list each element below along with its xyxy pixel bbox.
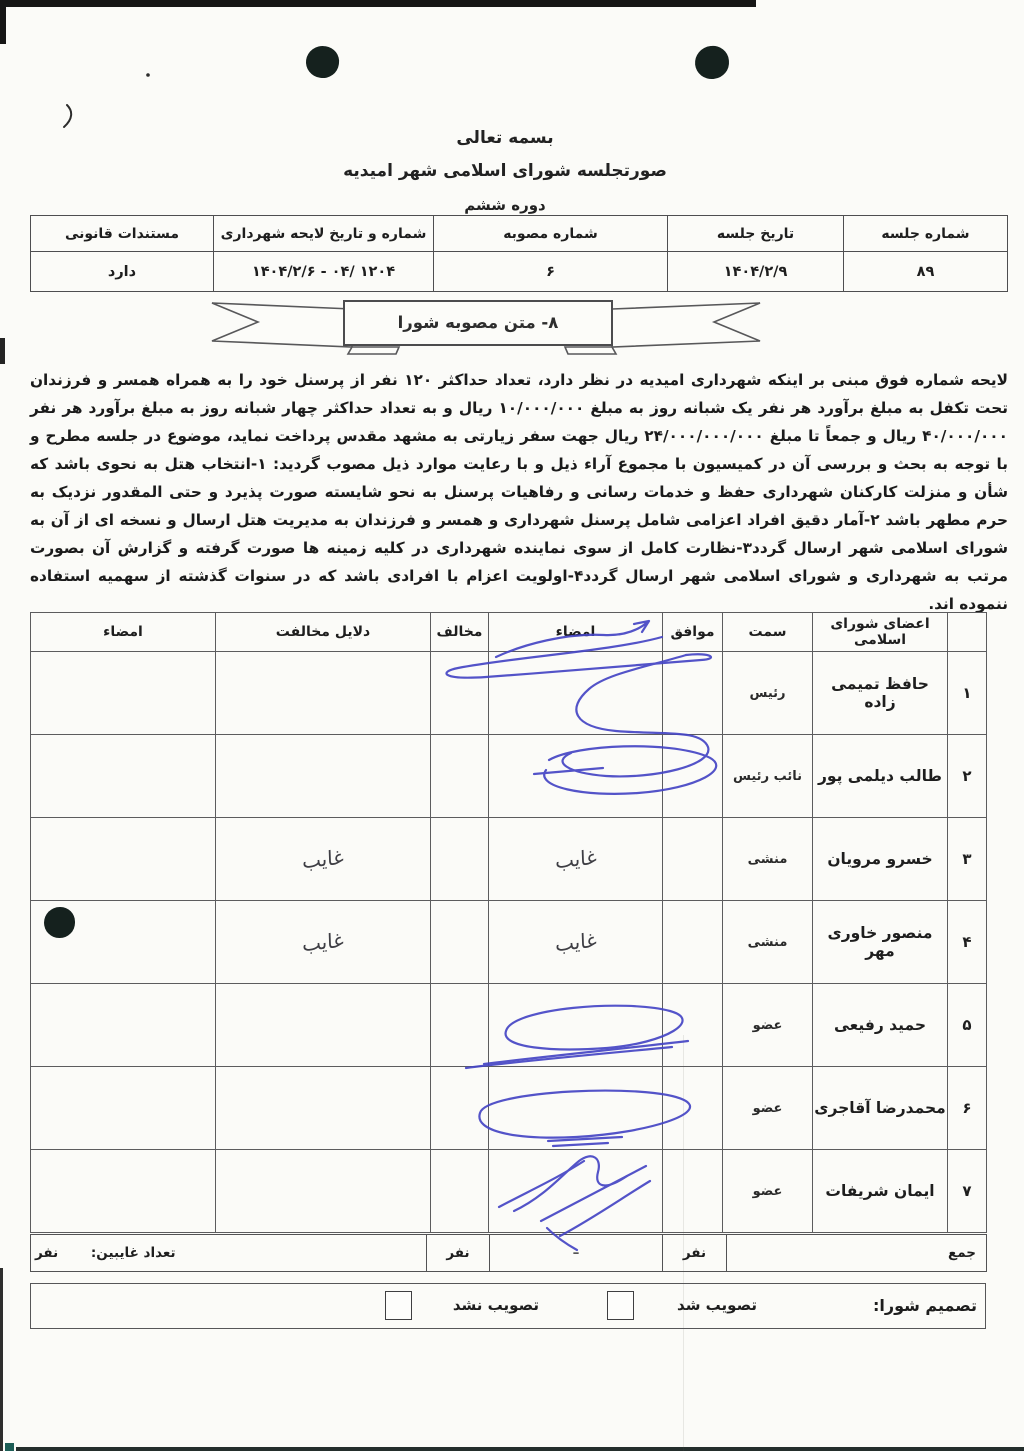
decision-label: تصمیم شورا:: [873, 1284, 977, 1327]
agree-cell: [663, 652, 723, 735]
total-label: جمع: [727, 1235, 987, 1272]
oppose-cell: [431, 901, 489, 984]
resolution-text: لایحه شماره فوق مبنی بر اینکه شهرداری ام…: [30, 366, 1008, 618]
section-banner-title: ۸- متن مصوبه شورا: [344, 301, 612, 345]
info-header-legal-docs: مستندات قانونی: [31, 216, 214, 252]
agree-cell: [663, 1067, 723, 1150]
scanned-document-page: بسمه تعالی صورتجلسه شورای اسلامی شهر امی…: [0, 0, 1024, 1451]
info-header-session-date: تاریخ جلسه: [668, 216, 844, 252]
member-name: منصور خاوری مهر: [813, 901, 948, 984]
absent-count-unit: نفر: [35, 1245, 58, 1261]
bismillah-line: بسمه تعالی: [0, 128, 1010, 148]
member-name: حافظ تمیمی زاده: [813, 652, 948, 735]
oppose-cell: [431, 735, 489, 818]
member-row: ۴ منصور خاوری مهر منشی غایب غایب: [31, 901, 987, 984]
agree-cell: [663, 901, 723, 984]
hole-punch: [304, 44, 341, 80]
col-header-agree: موافق: [663, 613, 723, 652]
oppose-cell: [431, 652, 489, 735]
col-header-row-number: [948, 613, 987, 652]
info-header-row: شماره جلسه تاریخ جلسه شماره مصوبه شماره …: [31, 216, 1008, 252]
info-value-session-number: ۸۹: [844, 252, 1008, 292]
opposition-signature-cell: [31, 652, 216, 735]
opposition-signature-cell: [31, 1150, 216, 1233]
approved-label: تصویب شد: [677, 1284, 757, 1327]
absent-note: غایب: [302, 928, 344, 956]
scan-edge-artifact-bottom: [16, 1447, 1024, 1451]
signature-dash: –: [490, 1235, 663, 1272]
absent-count-cell: تعداد غایبین: نفر: [31, 1235, 427, 1272]
signature-cell: [489, 735, 663, 818]
member-number: ۵: [948, 984, 987, 1067]
member-position: عضو: [723, 1150, 813, 1233]
rejected-label: تصویب نشد: [453, 1284, 539, 1327]
absent-note: غایب: [554, 845, 596, 873]
members-vote-table: اعضای شورای اسلامی سمت موافق امضاء مخالف…: [30, 612, 987, 1233]
col-header-members: اعضای شورای اسلامی: [813, 613, 948, 652]
ribbon-right-fold: [565, 347, 616, 354]
signature-cell: [489, 984, 663, 1067]
member-number: ۳: [948, 818, 987, 901]
rejected-checkbox: [385, 1291, 412, 1320]
member-position: نائب رئیس: [723, 735, 813, 818]
opposition-reason-cell: [216, 652, 431, 735]
col-header-opposition-reasons: دلایل مخالفت: [216, 613, 431, 652]
signature-cell: [489, 652, 663, 735]
opposition-reason-cell: [216, 984, 431, 1067]
opposition-reason-cell: غایب: [216, 901, 431, 984]
absent-count-label: تعداد غایبین:: [63, 1245, 176, 1261]
totals-row: جمع نفر – نفر تعداد غایبین: نفر: [30, 1234, 987, 1272]
oppose-count-unit: نفر: [427, 1235, 490, 1272]
info-value-bill-number-date: ۱۴۰۴/۲/۶ - ۰۴/ ۱۲۰۴: [214, 252, 434, 292]
opposition-reason-cell: [216, 1067, 431, 1150]
scan-edge-artifact-dot: [5, 1443, 14, 1451]
info-header-session-number: شماره جلسه: [844, 216, 1008, 252]
members-header-row: اعضای شورای اسلامی سمت موافق امضاء مخالف…: [31, 613, 987, 652]
opposition-signature-cell: [31, 818, 216, 901]
member-number: ۱: [948, 652, 987, 735]
member-position: عضو: [723, 1067, 813, 1150]
member-row: ۷ ایمان شریفات عضو: [31, 1150, 987, 1233]
scan-edge-artifact-left: [0, 338, 5, 364]
member-position: رئیس: [723, 652, 813, 735]
scan-edge-artifact-corner: [0, 0, 6, 44]
oppose-cell: [431, 984, 489, 1067]
agree-count-unit: نفر: [663, 1235, 727, 1272]
info-header-bill-number-date: شماره و تاریخ لایحه شهرداری: [214, 216, 434, 252]
oppose-cell: [431, 1150, 489, 1233]
agree-cell: [663, 1150, 723, 1233]
decision-row: تصمیم شورا: تصویب شد تصویب نشد: [30, 1283, 986, 1329]
session-info-table: شماره جلسه تاریخ جلسه شماره مصوبه شماره …: [30, 215, 1008, 292]
opposition-signature-cell: [31, 901, 216, 984]
member-number: ۷: [948, 1150, 987, 1233]
info-header-resolution-number: شماره مصوبه: [434, 216, 668, 252]
member-row: ۵ حمید رفیعی عضو: [31, 984, 987, 1067]
opposition-reason-cell: غایب: [216, 818, 431, 901]
hole-punch: [693, 44, 730, 80]
oppose-cell: [431, 1067, 489, 1150]
member-name: حمید رفیعی: [813, 984, 948, 1067]
col-header-oppose: مخالف: [431, 613, 489, 652]
member-row: ۲ طالب دیلمی پور نائب رئیس: [31, 735, 987, 818]
scan-edge-artifact-left-bottom: [0, 1268, 3, 1451]
ribbon-right-band: [612, 303, 760, 347]
info-value-legal-docs: دارد: [31, 252, 214, 292]
signature-cell: [489, 1150, 663, 1233]
col-header-signature-2: امضاء: [31, 613, 216, 652]
info-value-session-date: ۱۴۰۴/۲/۹: [668, 252, 844, 292]
opposition-reason-cell: [216, 735, 431, 818]
member-position: عضو: [723, 984, 813, 1067]
agree-cell: [663, 735, 723, 818]
info-value-row: ۸۹ ۱۴۰۴/۲/۹ ۶ ۱۴۰۴/۲/۶ - ۰۴/ ۱۲۰۴ دارد: [31, 252, 1008, 292]
member-row: ۳ خسرو مرویان منشی غایب غایب: [31, 818, 987, 901]
member-number: ۲: [948, 735, 987, 818]
agree-cell: [663, 818, 723, 901]
absent-note: غایب: [554, 928, 596, 956]
member-number: ۶: [948, 1067, 987, 1150]
opposition-reason-cell: [216, 1150, 431, 1233]
agree-cell: [663, 984, 723, 1067]
col-header-position: سمت: [723, 613, 813, 652]
signature-cell: غایب: [489, 818, 663, 901]
stray-pen-mark: [64, 73, 150, 127]
approved-checkbox: [607, 1291, 634, 1320]
signature-cell: غایب: [489, 901, 663, 984]
absent-note: غایب: [302, 845, 344, 873]
member-name: ایمان شریفات: [813, 1150, 948, 1233]
opposition-signature-cell: [31, 735, 216, 818]
opposition-signature-cell: [31, 984, 216, 1067]
col-header-signature: امضاء: [489, 613, 663, 652]
ribbon-left-band: [212, 303, 352, 347]
term-line: دوره ششم: [0, 196, 1010, 214]
scan-edge-artifact-top: [0, 0, 756, 7]
info-value-resolution-number: ۶: [434, 252, 668, 292]
opposition-signature-cell: [31, 1067, 216, 1150]
ribbon-left-fold: [348, 347, 399, 354]
member-number: ۴: [948, 901, 987, 984]
member-position: منشی: [723, 818, 813, 901]
member-name: خسرو مرویان: [813, 818, 948, 901]
member-position: منشی: [723, 901, 813, 984]
oppose-cell: [431, 818, 489, 901]
member-row: ۶ محمدرضا آقاجری عضو: [31, 1067, 987, 1150]
signature-cell: [489, 1067, 663, 1150]
member-name: طالب دیلمی پور: [813, 735, 948, 818]
member-row: ۱ حافظ تمیمی زاده رئیس: [31, 652, 987, 735]
document-title: صورتجلسه شورای اسلامی شهر امیدیه: [0, 161, 1010, 181]
member-name: محمدرضا آقاجری: [813, 1067, 948, 1150]
